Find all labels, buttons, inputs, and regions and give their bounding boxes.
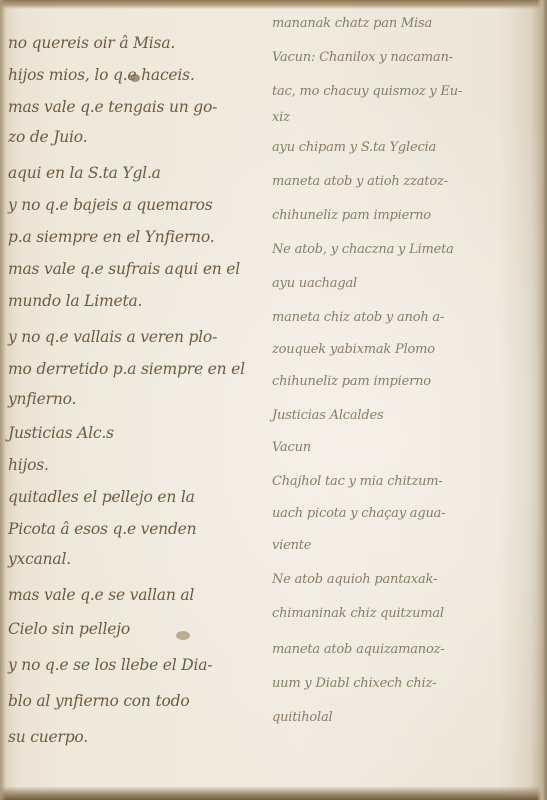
spanish-text-line: hijos.	[8, 456, 49, 474]
spanish-text-line: Cielo sin pellejo	[8, 620, 130, 638]
spanish-text-line: hijos mios, lo q.e haceis.	[8, 66, 195, 84]
mayan-text-line: chimaninak chiz quitzumal	[272, 606, 444, 621]
spanish-text-line: y no q.e vallais a veren plo-	[8, 328, 217, 346]
mayan-text-line: uach picota y chaçay agua-	[272, 506, 445, 521]
spanish-text-line: mo derretido p.a siempre en el	[8, 360, 245, 378]
mayan-text-line: uum y Diabl chixech chiz-	[272, 676, 436, 691]
spanish-text-line: blo al ynfierno con todo	[8, 692, 189, 710]
spanish-text-line: no quereis oir â Misa.	[8, 34, 175, 52]
page-bottom-edge	[0, 786, 547, 800]
mayan-text-line: Justicias Alcaldes	[272, 408, 383, 423]
mayan-text-line: Vacun: Chanilox y nacaman-	[272, 50, 453, 65]
spanish-text-line: Picota â esos q.e venden	[8, 520, 196, 538]
mayan-text-line: Vacun	[272, 440, 311, 455]
spanish-text-line: zo de Juio.	[8, 128, 87, 146]
manuscript-page: no quereis oir â Misa.hijos mios, lo q.e…	[0, 0, 547, 800]
spanish-text-line: mas vale q.e sufrais aqui en el	[8, 260, 240, 278]
page-left-edge	[0, 0, 6, 800]
mayan-text-line: ayu chipam y S.ta Yglecia	[272, 140, 436, 155]
mayan-text-line: zouquek yabixmak Plomo	[272, 342, 435, 357]
mayan-text-line: maneta atob y atioh zzatoz-	[272, 174, 448, 189]
spanish-text-line: aqui en la S.ta Ygl.a	[8, 164, 161, 182]
spanish-text-line: mas vale q.e tengais un go-	[8, 98, 217, 116]
mayan-text-line: xiz	[272, 110, 290, 125]
mayan-text-line: maneta chiz atob y anoh a-	[272, 310, 444, 325]
mayan-text-line: chihuneliz pam impierno	[272, 374, 431, 389]
mayan-text-line: tac, mo chacuy quismoz y Eu-	[272, 84, 462, 99]
page-right-edge	[537, 0, 547, 800]
spanish-text-line: Justicias Alc.s	[8, 424, 114, 442]
mayan-text-line: viente	[272, 538, 311, 553]
spanish-text-line: mundo la Limeta.	[8, 292, 142, 310]
mayan-text-line: Ne atob, y chaczna y Limeta	[272, 242, 454, 257]
mayan-text-line: Chajhol tac y mia chitzum-	[272, 474, 443, 489]
mayan-text-line: ayu uachagal	[272, 276, 357, 291]
mayan-text-line: maneta atob aquizamanoz-	[272, 642, 444, 657]
ink-blot	[176, 631, 190, 640]
page-top-edge	[0, 0, 547, 9]
spanish-text-line: y no q.e se los llebe el Dia-	[8, 656, 212, 674]
spanish-text-line: su cuerpo.	[8, 728, 88, 746]
spanish-text-line: p.a siempre en el Ynfierno.	[8, 228, 214, 246]
spanish-text-line: quitadles el pellejo en la	[8, 488, 195, 506]
spanish-text-line: yxcanal.	[8, 550, 71, 568]
spanish-text-line: y no q.e bajeis a quemaros	[8, 196, 213, 214]
mayan-text-line: Ne atob aquioh pantaxak-	[272, 572, 437, 587]
mayan-text-line: quitiholal	[272, 710, 333, 725]
spanish-text-line: mas vale q.e se vallan al	[8, 586, 194, 604]
mayan-text-line: chihuneliz pam impierno	[272, 208, 431, 223]
mayan-text-line: mananak chatz pan Misa	[272, 16, 432, 31]
spanish-text-line: ynfierno.	[8, 390, 76, 408]
